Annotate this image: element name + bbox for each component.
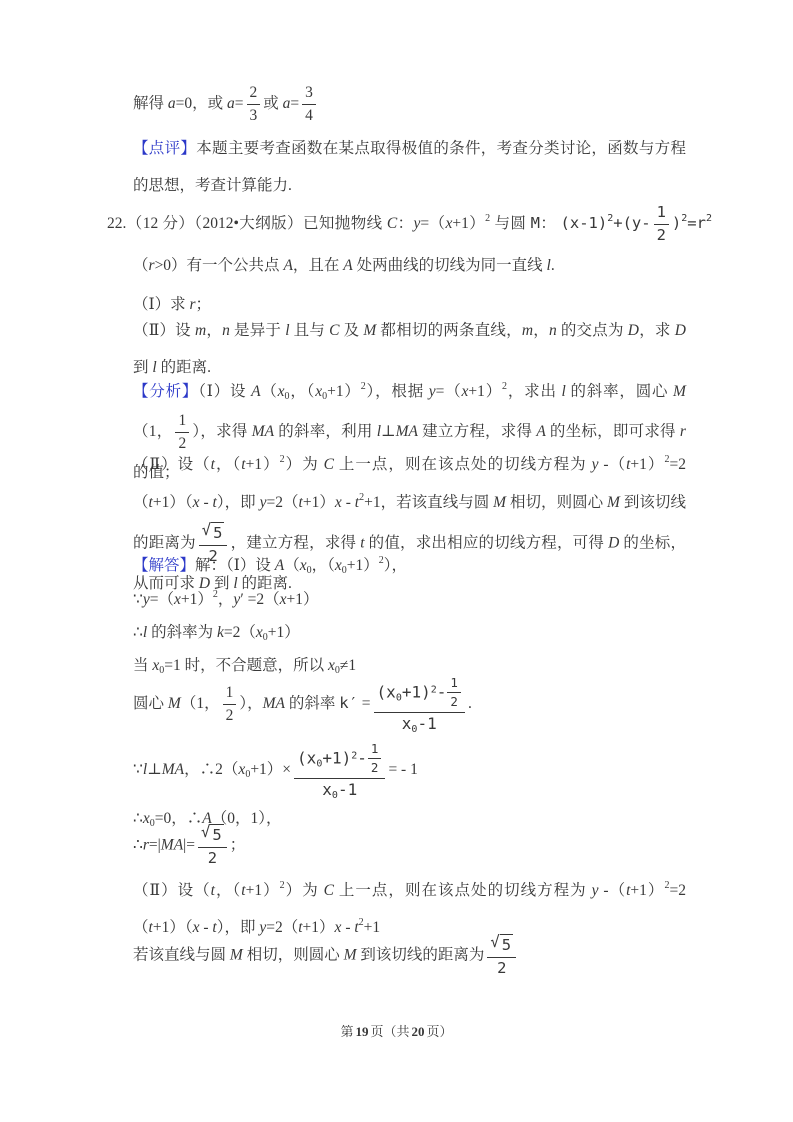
sqrt-expression: √5 [202,522,225,543]
tangent-distance-line: 若该直线与圆 M 相切，则圆心 M 到该切线的距离为√52 [133,934,733,977]
derivative-line: ∵y=（x+1）2，y′ =2（x+1） [133,581,686,618]
problem-22: 22.（12 分）（2012•大纲版）已知抛物线 C：y=（x+1）2 与圆 M… [107,202,712,287]
slope-line: ∴l 的斜率为 k=2（x0+1） [133,614,686,651]
review-comment: 【点评】本题主要考查函数在某点取得极值的条件，考查分类讨论，函数与方程的思想，考… [133,130,686,204]
sqrt-expression: √5 [201,824,224,845]
fraction: 12 [447,676,461,710]
perpendicular-line: ∵l⊥MA，∴2（x0+1）×(x0+1)2-12x0-1= - 1 [133,742,733,799]
sqrt-expression: √5 [490,934,513,955]
fraction: 12 [223,684,237,725]
page-footer: 第19页（共20页） [0,1022,793,1042]
fraction: (x0+1)2-12x0-1 [374,676,465,733]
fraction: (x0+1)2-12x0-1 [294,742,385,799]
fraction: 23 [247,84,261,125]
line-solve-a: 解得 a=0，或 a=23或 a=34 [133,84,686,125]
solution-setup: 【解答】解：（Ⅰ）设 A（x0，（x0+1）2）， [133,547,686,584]
fraction: √52 [198,824,227,867]
center-slope-line: 圆心 M（1，12），MA 的斜率 k′ =(x0+1)2-12x0-1. [133,676,733,733]
r-result-line: ∴r=|MA|=√52； [133,824,686,867]
fraction: √52 [487,934,516,977]
document-page: 解得 a=0，或 a=23或 a=34【点评】本题主要考查函数在某点取得极值的条… [0,0,793,1122]
fraction: 34 [302,84,316,125]
fraction: 12 [368,742,382,776]
fraction: 12 [654,204,669,245]
